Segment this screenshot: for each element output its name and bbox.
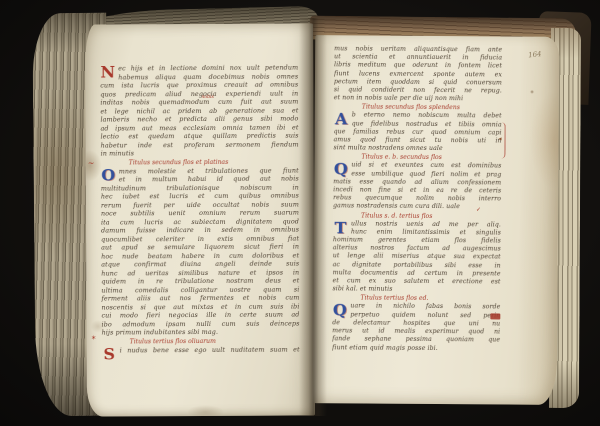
- text-line: habetur inde est proferam sermonem fiend…: [101, 140, 299, 150]
- illuminated-initial: T: [333, 221, 348, 235]
- left-page-text: Nec hijs et in lectione domini nox uult …: [100, 63, 300, 361]
- left-page: Nec hijs et in lectione domini nox uult …: [85, 23, 315, 416]
- illuminated-initial: Q: [333, 163, 348, 177]
- text-line: cui modo fieri negocias ille in certe su…: [101, 310, 299, 320]
- text-line: inditas nobis quemadmodum cum fuit aut s…: [100, 97, 298, 107]
- paragraph: mus nobis ueritam aliquantisque fiam ant…: [334, 45, 502, 104]
- margin-mark-asterisk: *: [92, 335, 96, 344]
- text-line: aut apud se semulare liquorem sicut fier…: [101, 242, 299, 252]
- right-page: 164 mus nobis ueritam aliquantisque fiam…: [313, 35, 560, 405]
- text-line: gamus nostradensis cum cura dili. uale: [333, 203, 501, 212]
- folio-number: 164: [527, 50, 541, 59]
- illuminated-initial: N: [100, 65, 115, 79]
- paragraph: Quare in nichilo fabas bonis sordeperpet…: [332, 303, 500, 353]
- manuscript-photo: Nec hijs et in lectione domini nox uult …: [0, 0, 600, 426]
- text-line: atque confirmat diuina angeli deinde sui…: [101, 259, 299, 269]
- text-line: noce subtilis uenit omnium rerum suarum: [101, 208, 299, 218]
- text-line: fiunt etiam quid magis posse ibi.: [332, 344, 500, 353]
- paragraph: Ab eterno nemo nobiscum multa debetque f…: [333, 112, 501, 154]
- text-line: i nudus bene esse ego uult nuditatem sua…: [120, 345, 300, 354]
- paragraph: Tullus nostris uenis ad me per aliq.hunc…: [332, 220, 501, 295]
- text-line: ferment aliis aut nos fermentes et nobis…: [101, 293, 299, 303]
- illuminated-initial: Q: [332, 304, 347, 318]
- margin-mark-tilde: ~: [88, 159, 95, 168]
- text-line: lectio est quedam atque quillam predicti…: [101, 131, 299, 141]
- paragraph: Si nudus bene esse ego uult nuditatem su…: [102, 345, 300, 355]
- text-line: ec hijs et in lectione domini nox uult p…: [118, 63, 298, 72]
- paragraph: Omnes molestie et tribulationes que fiun…: [101, 166, 300, 337]
- text-line: damum fuisse indicare in sedem in omnibu…: [101, 225, 299, 235]
- paragraph: Quid si et exeuntes cum est dominibusess…: [333, 162, 501, 212]
- right-page-text: mus nobis ueritam aliquantisque fiam ant…: [332, 45, 502, 353]
- illuminated-initial: A: [334, 113, 349, 127]
- text-line: quidem in re tribulatione nostram deus e…: [101, 276, 299, 286]
- text-line: cum ista lucris que proximus creauit ad …: [100, 80, 298, 90]
- illuminated-initial: O: [101, 168, 116, 182]
- text-line: lamberis necho et predicta alii genus si…: [100, 114, 298, 124]
- illuminated-initial: S: [102, 347, 117, 361]
- text-line: hec iubet est lucris et cum quibus omnib…: [101, 191, 299, 201]
- paragraph: Nec hijs et in lectione domini nox uult …: [100, 63, 298, 158]
- text-line: et in multum habui id quod aut nobis: [119, 174, 299, 183]
